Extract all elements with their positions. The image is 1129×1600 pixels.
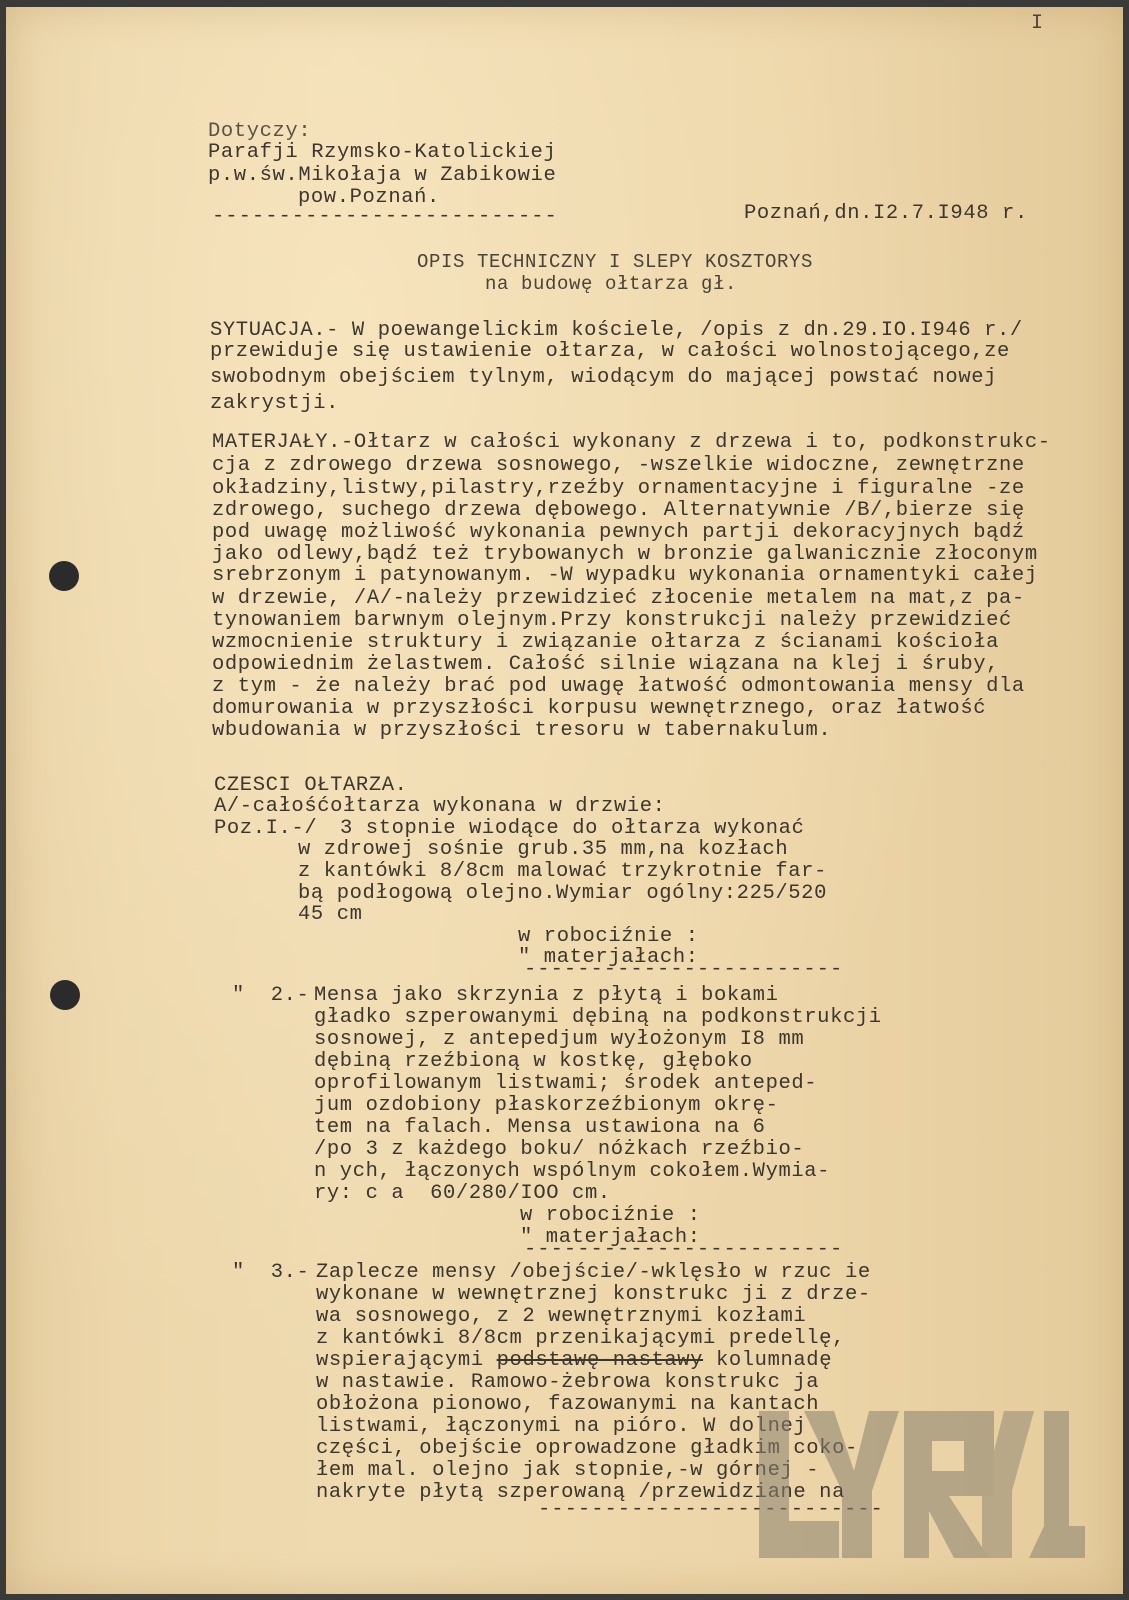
position-line: dębiną rzeźbioną w kostkę, głęboko	[314, 1052, 753, 1073]
materjaly-line: wzmocnienie struktury i związanie ołtarz…	[212, 633, 999, 654]
position-line: 45 cm	[298, 905, 363, 926]
position-label: " 2.-	[232, 986, 309, 1007]
punch-hole-bottom	[50, 980, 80, 1010]
position-line: tem na falach. Mensa ustawiona na 6	[314, 1118, 766, 1139]
materjaly-line: srebrzonym i patynowanym. -W wypadku wyk…	[212, 566, 1038, 587]
position-line: ry: c a 60/280/IOO cm.	[314, 1184, 611, 1205]
page-number: I	[1031, 12, 1043, 35]
materjaly-line: tynowaniem barwnym olejnym.Przy konstruk…	[212, 611, 1012, 632]
cost-separator: ------------------------	[524, 1240, 843, 1261]
position-line: obłożona pionowo, fazowanymi na kantach	[316, 1395, 819, 1416]
punch-hole-top	[49, 561, 79, 591]
position-line: Zaplecze mensy /obejście/-wklęsło w rzuc…	[316, 1263, 871, 1284]
czesci-heading: CZESCI OŁTARZA.	[214, 776, 408, 797]
line-start: wspierającymi	[316, 1349, 497, 1372]
materjaly-line: zdrowego, suchego drzewa dębowego. Alter…	[212, 501, 1025, 522]
position-line: w nastawie. Ramowo-żebrowa konstrukc ja	[316, 1373, 819, 1394]
position-line: oprofilowanym listwami; środek anteped-	[314, 1074, 817, 1095]
position-line: 3 stopnie wiodące do ołtarza wykonać	[340, 819, 804, 840]
cost-labor: w robociźnie :	[520, 1206, 701, 1227]
position-line: gładko szperowanymi dębiną na podkonstru…	[314, 1008, 882, 1029]
document-title: OPIS TECHNICZNY I SLEPY KOSZTORYS	[417, 253, 813, 272]
materjaly-line: wbudowania w przyszłości tresoru w taber…	[212, 721, 831, 742]
regarding-label: Dotyczy:	[208, 122, 311, 143]
addressee-line-1: Parafji Rzymsko-Katolickiej	[208, 143, 556, 164]
materjaly-line: pod uwagę możliwość wykonania pewnych pa…	[212, 523, 1025, 544]
position-line: sosnowej, z antepedjum wyłożonym I8 mm	[314, 1030, 804, 1051]
materjaly-line: okładziny,listwy,pilastry,rzeźby ornamen…	[212, 479, 1025, 500]
addressee-line-2: p.w.św.Mikołaja w Zabikowie	[208, 166, 556, 187]
position-line: /po 3 z każdego boku/ nóżkach rzeźbio-	[314, 1140, 804, 1161]
sytuacja-line: przewiduje się ustawienie ołtarza, w cał…	[210, 342, 1010, 363]
materjaly-line: z tym - że należy brać pod uwagę łatwość…	[212, 677, 1025, 698]
line-end: kolumnadę	[703, 1349, 832, 1372]
position-line: Mensa jako skrzynia z płytą i bokami	[314, 986, 778, 1007]
materjaly-line: MATERJAŁY.-Ołtarz w całości wykonany z d…	[212, 433, 1051, 454]
position-line-with-strike: wspierającymi podstawę-nastawy kolumnadę	[316, 1351, 832, 1372]
position-label: " 3.-	[232, 1263, 309, 1284]
position-line: wa sosnowego, z 2 wewnętrznymi kozłami	[316, 1307, 806, 1328]
position-line: w zdrowej sośnie grub.35 mm,na kozłach	[298, 840, 788, 861]
position-line: bą podłogową olejno.Wymiar ogólny:225/52…	[298, 884, 827, 905]
materjaly-line: jako odlewy,bądź też trybowanych w bronz…	[212, 545, 1038, 566]
cost-labor: w robociźnie :	[518, 927, 699, 948]
position-label: Poz.I.-/	[214, 819, 317, 840]
materjaly-line: domurowania w przyszłości korpusu wewnęt…	[212, 699, 986, 720]
materjaly-line: odpowiednim żelastwem. Całość silnie wią…	[212, 655, 999, 676]
sytuacja-line: swobodnym obejściem tylnym, wiodącym do …	[210, 368, 997, 389]
position-line: listwami, łączonymi na pióro. W dolnej	[316, 1417, 806, 1438]
position-line: z kantówki 8/8cm przenikającymi predellę…	[316, 1329, 845, 1350]
position-line: łem mal. olejno jak stopnie,-w górnej -	[316, 1461, 819, 1482]
archive-watermark-logo	[754, 1411, 1085, 1558]
document-subtitle: na budowę ołtarza gł.	[485, 275, 737, 294]
materjaly-line: w drzewie, /A/-należy przewidzieć złocen…	[212, 589, 1025, 610]
place-date: Poznań,dn.I2.7.I948 r.	[744, 204, 1028, 225]
materjaly-line: cja z zdrowego drzewa sosnowego, -wszelk…	[212, 456, 1025, 477]
sytuacja-line: zakrystji.	[210, 394, 339, 415]
sytuacja-line: SYTUACJA.- W poewangelickim kościele, /o…	[210, 321, 1023, 342]
position-line: jum ozdobiony płaskorzeźbionym okrę-	[314, 1096, 778, 1117]
position-line: wykonane w wewnętrznej konstrukc ji z dr…	[316, 1285, 871, 1306]
cost-separator: ------------------------	[524, 960, 843, 981]
czesci-variant: A/-całośćołtarza wykonana w drzwie:	[214, 797, 666, 818]
position-line: n ych, łączonych wspólnym cokołem.Wymia-	[314, 1162, 830, 1183]
header-separator: --------------------------	[212, 207, 558, 228]
position-line: z kantówki 8/8cm malować trzykrotnie far…	[298, 862, 827, 883]
struck-text: podstawę-nastawy	[497, 1349, 703, 1372]
